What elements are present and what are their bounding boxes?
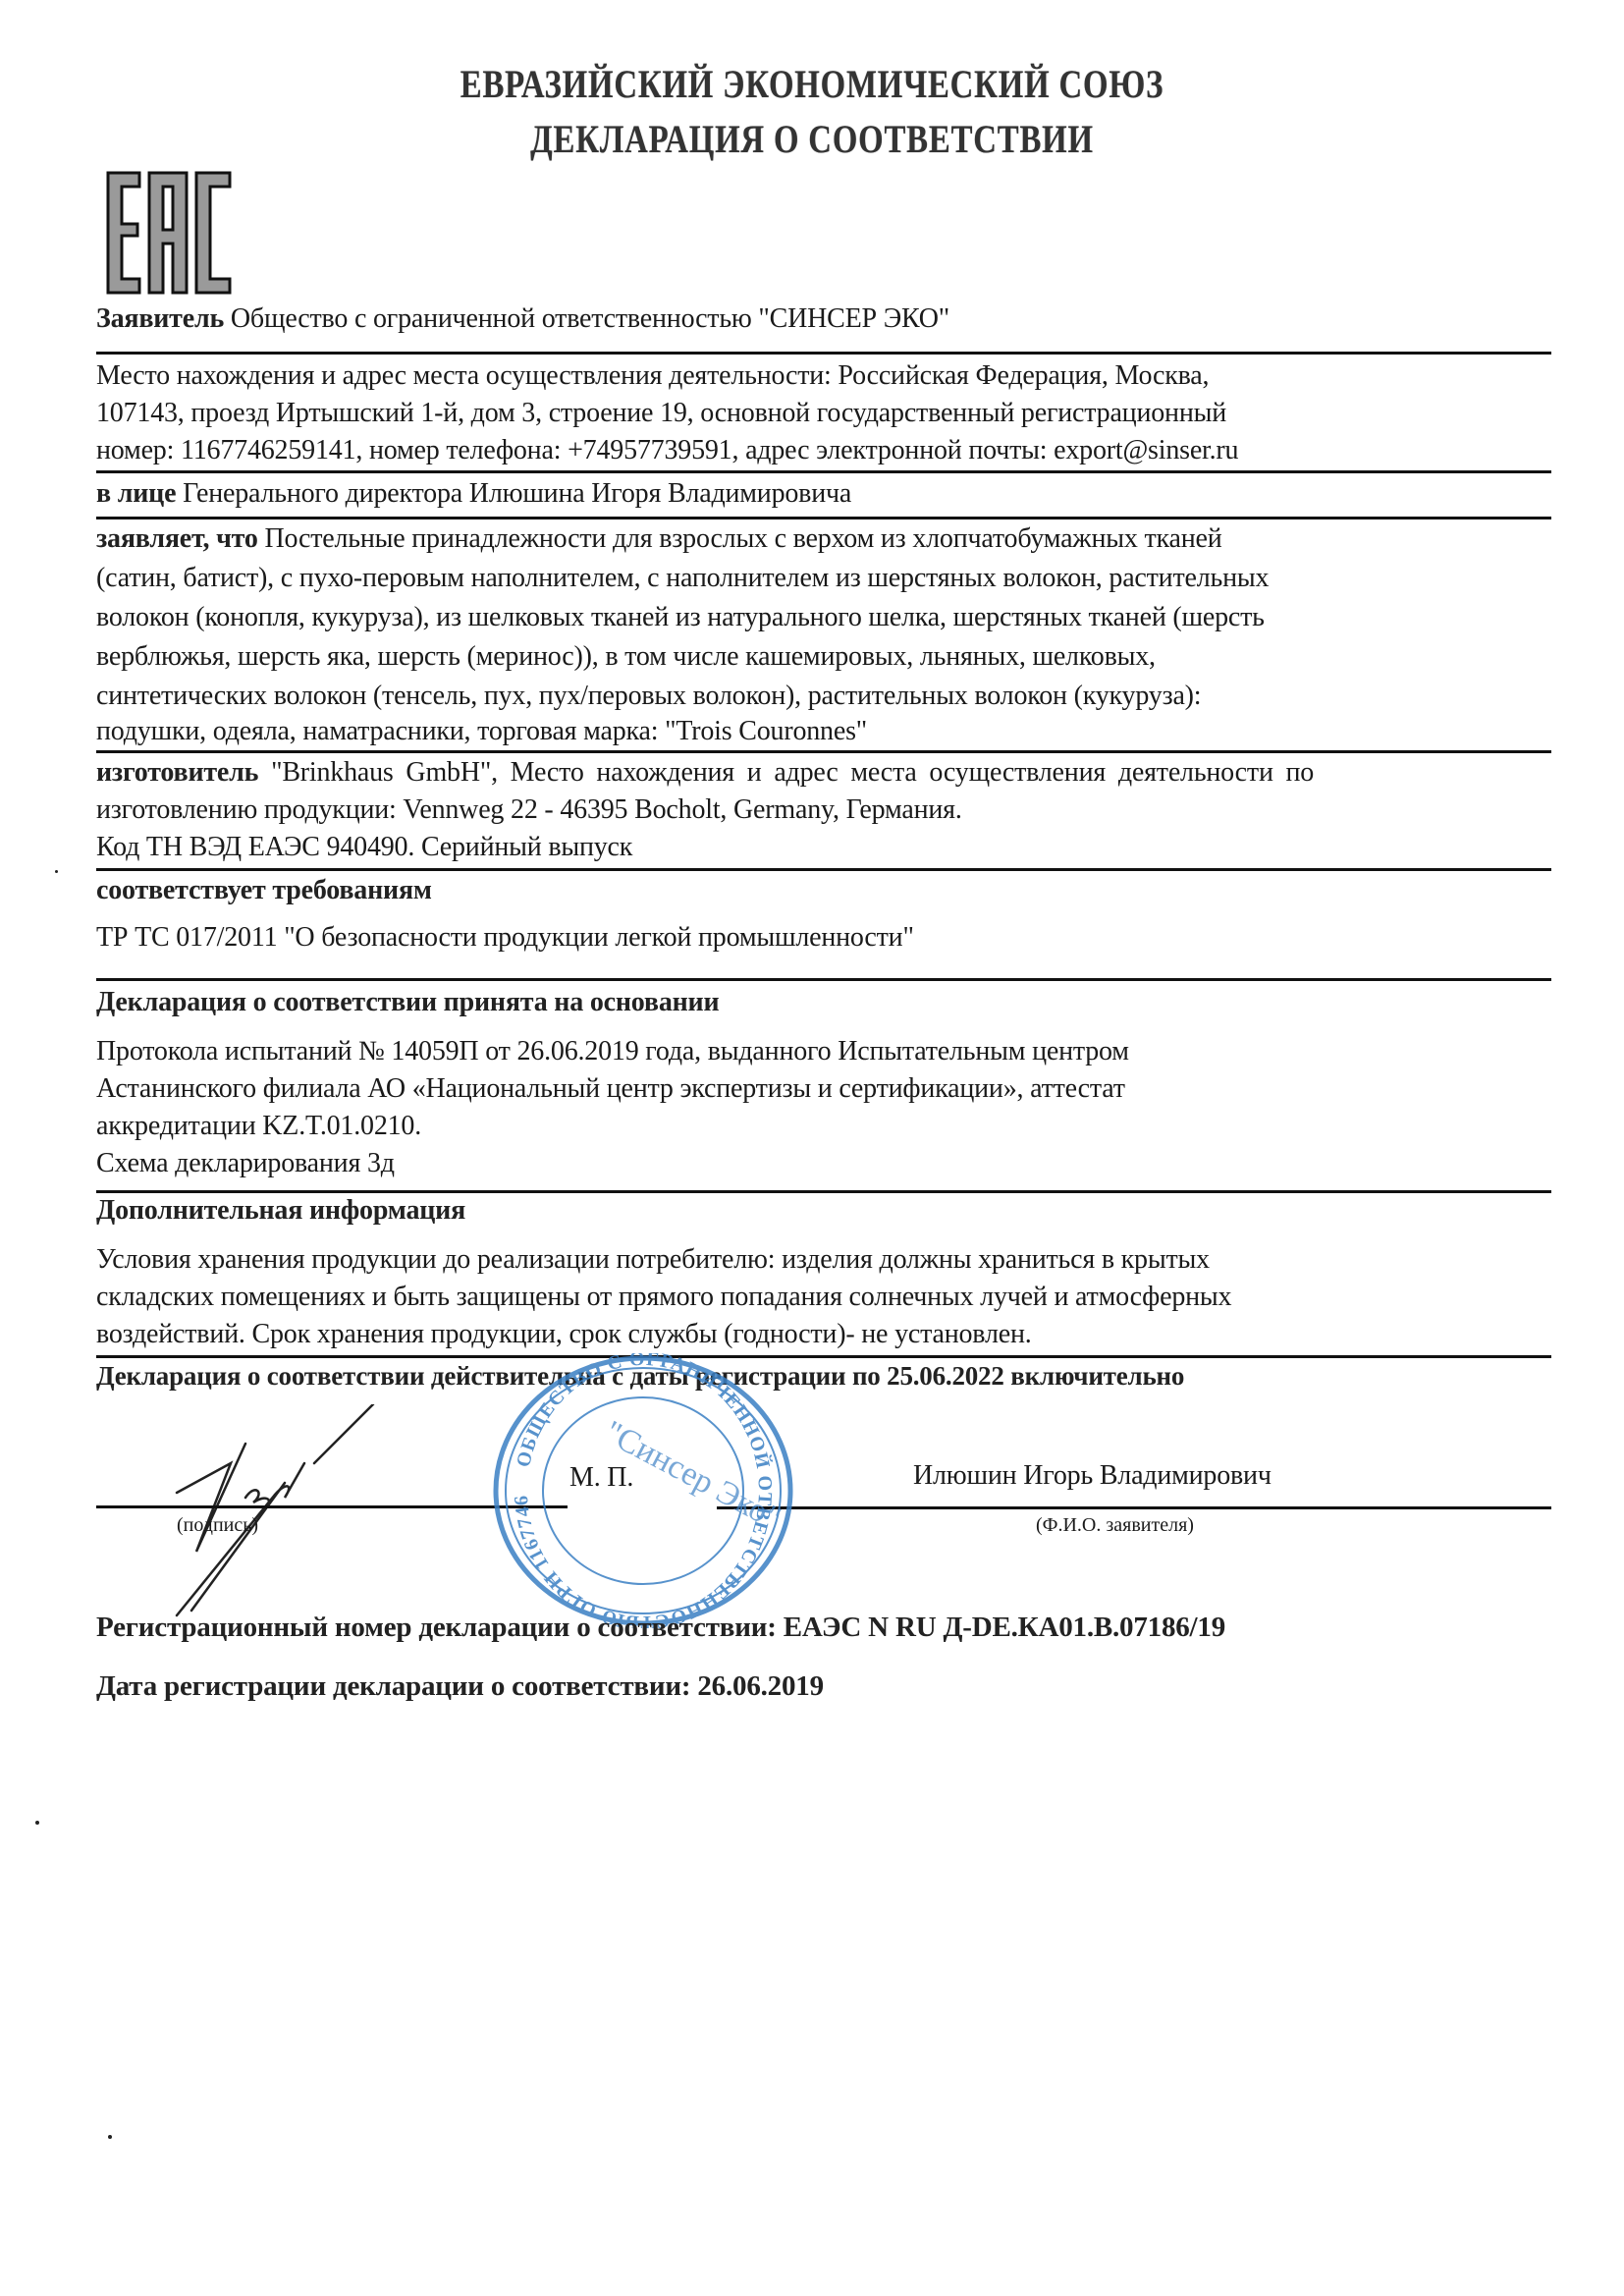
additional-line-3: воздействий. Срок хранения продукции, ср… (96, 1318, 1032, 1351)
requirements-value: ТР ТС 017/2011 "О безопасности продукции… (96, 921, 914, 955)
basis-line-1: Протокола испытаний № 14059П от 26.06.20… (96, 1035, 1129, 1068)
additional-line-1: Условия хранения продукции до реализации… (96, 1243, 1210, 1277)
registration-date-row: Дата регистрации декларации о соответств… (96, 1669, 824, 1703)
registration-date-value: 26.06.2019 (697, 1670, 824, 1702)
divider (96, 1355, 1551, 1358)
manufacturer-label: изготовитель (96, 757, 258, 788)
address-line-3: номер: 1167746259141, номер телефона: +7… (96, 434, 1238, 467)
representative-value: Генерального директора Илюшина Игоря Вла… (183, 478, 851, 509)
requirements-heading: соответствует требованиям (96, 874, 432, 907)
manufacturer-text: "Brinkhaus GmbH", Место нахождения и адр… (271, 757, 1314, 788)
divider (96, 517, 1551, 519)
union-title: ЕВРАЗИЙСКИЙ ЭКОНОМИЧЕСКИЙ СОЮЗ (146, 61, 1478, 107)
basis-line-2: Астанинского филиала АО «Национальный це… (96, 1072, 1125, 1106)
basis-heading: Декларация о соответствии принята на осн… (96, 986, 719, 1019)
divider (96, 978, 1551, 981)
company-seal-icon: ОБЩЕСТВО С ОГРАНИЧЕННОЙ ОТВЕТСТВЕННОСТЬЮ… (481, 1353, 805, 1628)
address-line-1: Место нахождения и адрес места осуществл… (96, 359, 1209, 393)
declares-line-6: подушки, одеяла, наматрасники, торговая … (96, 715, 867, 748)
applicant-full-name: Илюшин Игорь Владимирович (913, 1459, 1272, 1493)
registration-number-value: ЕАЭС N RU Д-DE.КА01.В.07186/19 (784, 1612, 1225, 1643)
divider (96, 1190, 1551, 1193)
signature-scribble-icon (137, 1404, 393, 1620)
registration-number-label: Регистрационный номер декларации о соотв… (96, 1612, 777, 1643)
declares-line-1: заявляет, что Постельные принадлежности … (96, 522, 1222, 556)
manufacturer-line-2: изготовлению продукции: Vennweg 22 - 463… (96, 793, 962, 827)
declares-line-3: волокон (конопля, кукуруза), из шелковых… (96, 601, 1265, 634)
scan-speck (35, 1821, 39, 1825)
representative-row: в лице Генерального директора Илюшина Иг… (96, 477, 851, 511)
signature-caption: (подпись) (177, 1514, 258, 1537)
document-title: ДЕКЛАРАЦИЯ О СООТВЕТСТВИИ (146, 116, 1478, 162)
name-line (717, 1506, 1551, 1509)
declares-line-4: верблюжья, шерсть яка, шерсть (меринос))… (96, 640, 1156, 674)
manufacturer-line-1: изготовитель "Brinkhaus GmbH", Место нах… (96, 756, 1314, 790)
declares-label: заявляет, что (96, 523, 258, 554)
eac-logo-icon (98, 169, 245, 297)
scan-speck (55, 870, 58, 873)
applicant-label: Заявитель (96, 303, 224, 334)
additional-line-2: складских помещениях и быть защищены от … (96, 1281, 1231, 1314)
declares-line-5: синтетических волокон (тенсель, пух, пух… (96, 680, 1201, 713)
name-caption: (Ф.И.О. заявителя) (1036, 1514, 1194, 1537)
manufacturer-line-3: Код ТН ВЭД ЕАЭС 940490. Серийный выпуск (96, 831, 632, 864)
declares-line-2: (сатин, батист), с пухо-перовым наполнит… (96, 562, 1269, 595)
divider (96, 352, 1551, 355)
declares-text: Постельные принадлежности для взрослых с… (264, 523, 1221, 554)
divider (96, 868, 1551, 871)
basis-line-3: аккредитации KZ.T.01.0210. (96, 1110, 421, 1143)
basis-line-4: Схема декларирования 3д (96, 1147, 395, 1180)
address-line-2: 107143, проезд Иртышский 1-й, дом 3, стр… (96, 397, 1226, 430)
divider (96, 470, 1551, 473)
representative-label: в лице (96, 478, 176, 509)
registration-date-label: Дата регистрации декларации о соответств… (96, 1670, 690, 1702)
applicant-value: Общество с ограниченной ответственностью… (231, 303, 949, 334)
divider (96, 750, 1551, 753)
scan-speck (108, 2135, 112, 2139)
applicant-row: Заявитель Общество с ограниченной ответс… (96, 302, 949, 336)
registration-number-row: Регистрационный номер декларации о соотв… (96, 1611, 1225, 1644)
additional-heading: Дополнительная информация (96, 1194, 465, 1228)
